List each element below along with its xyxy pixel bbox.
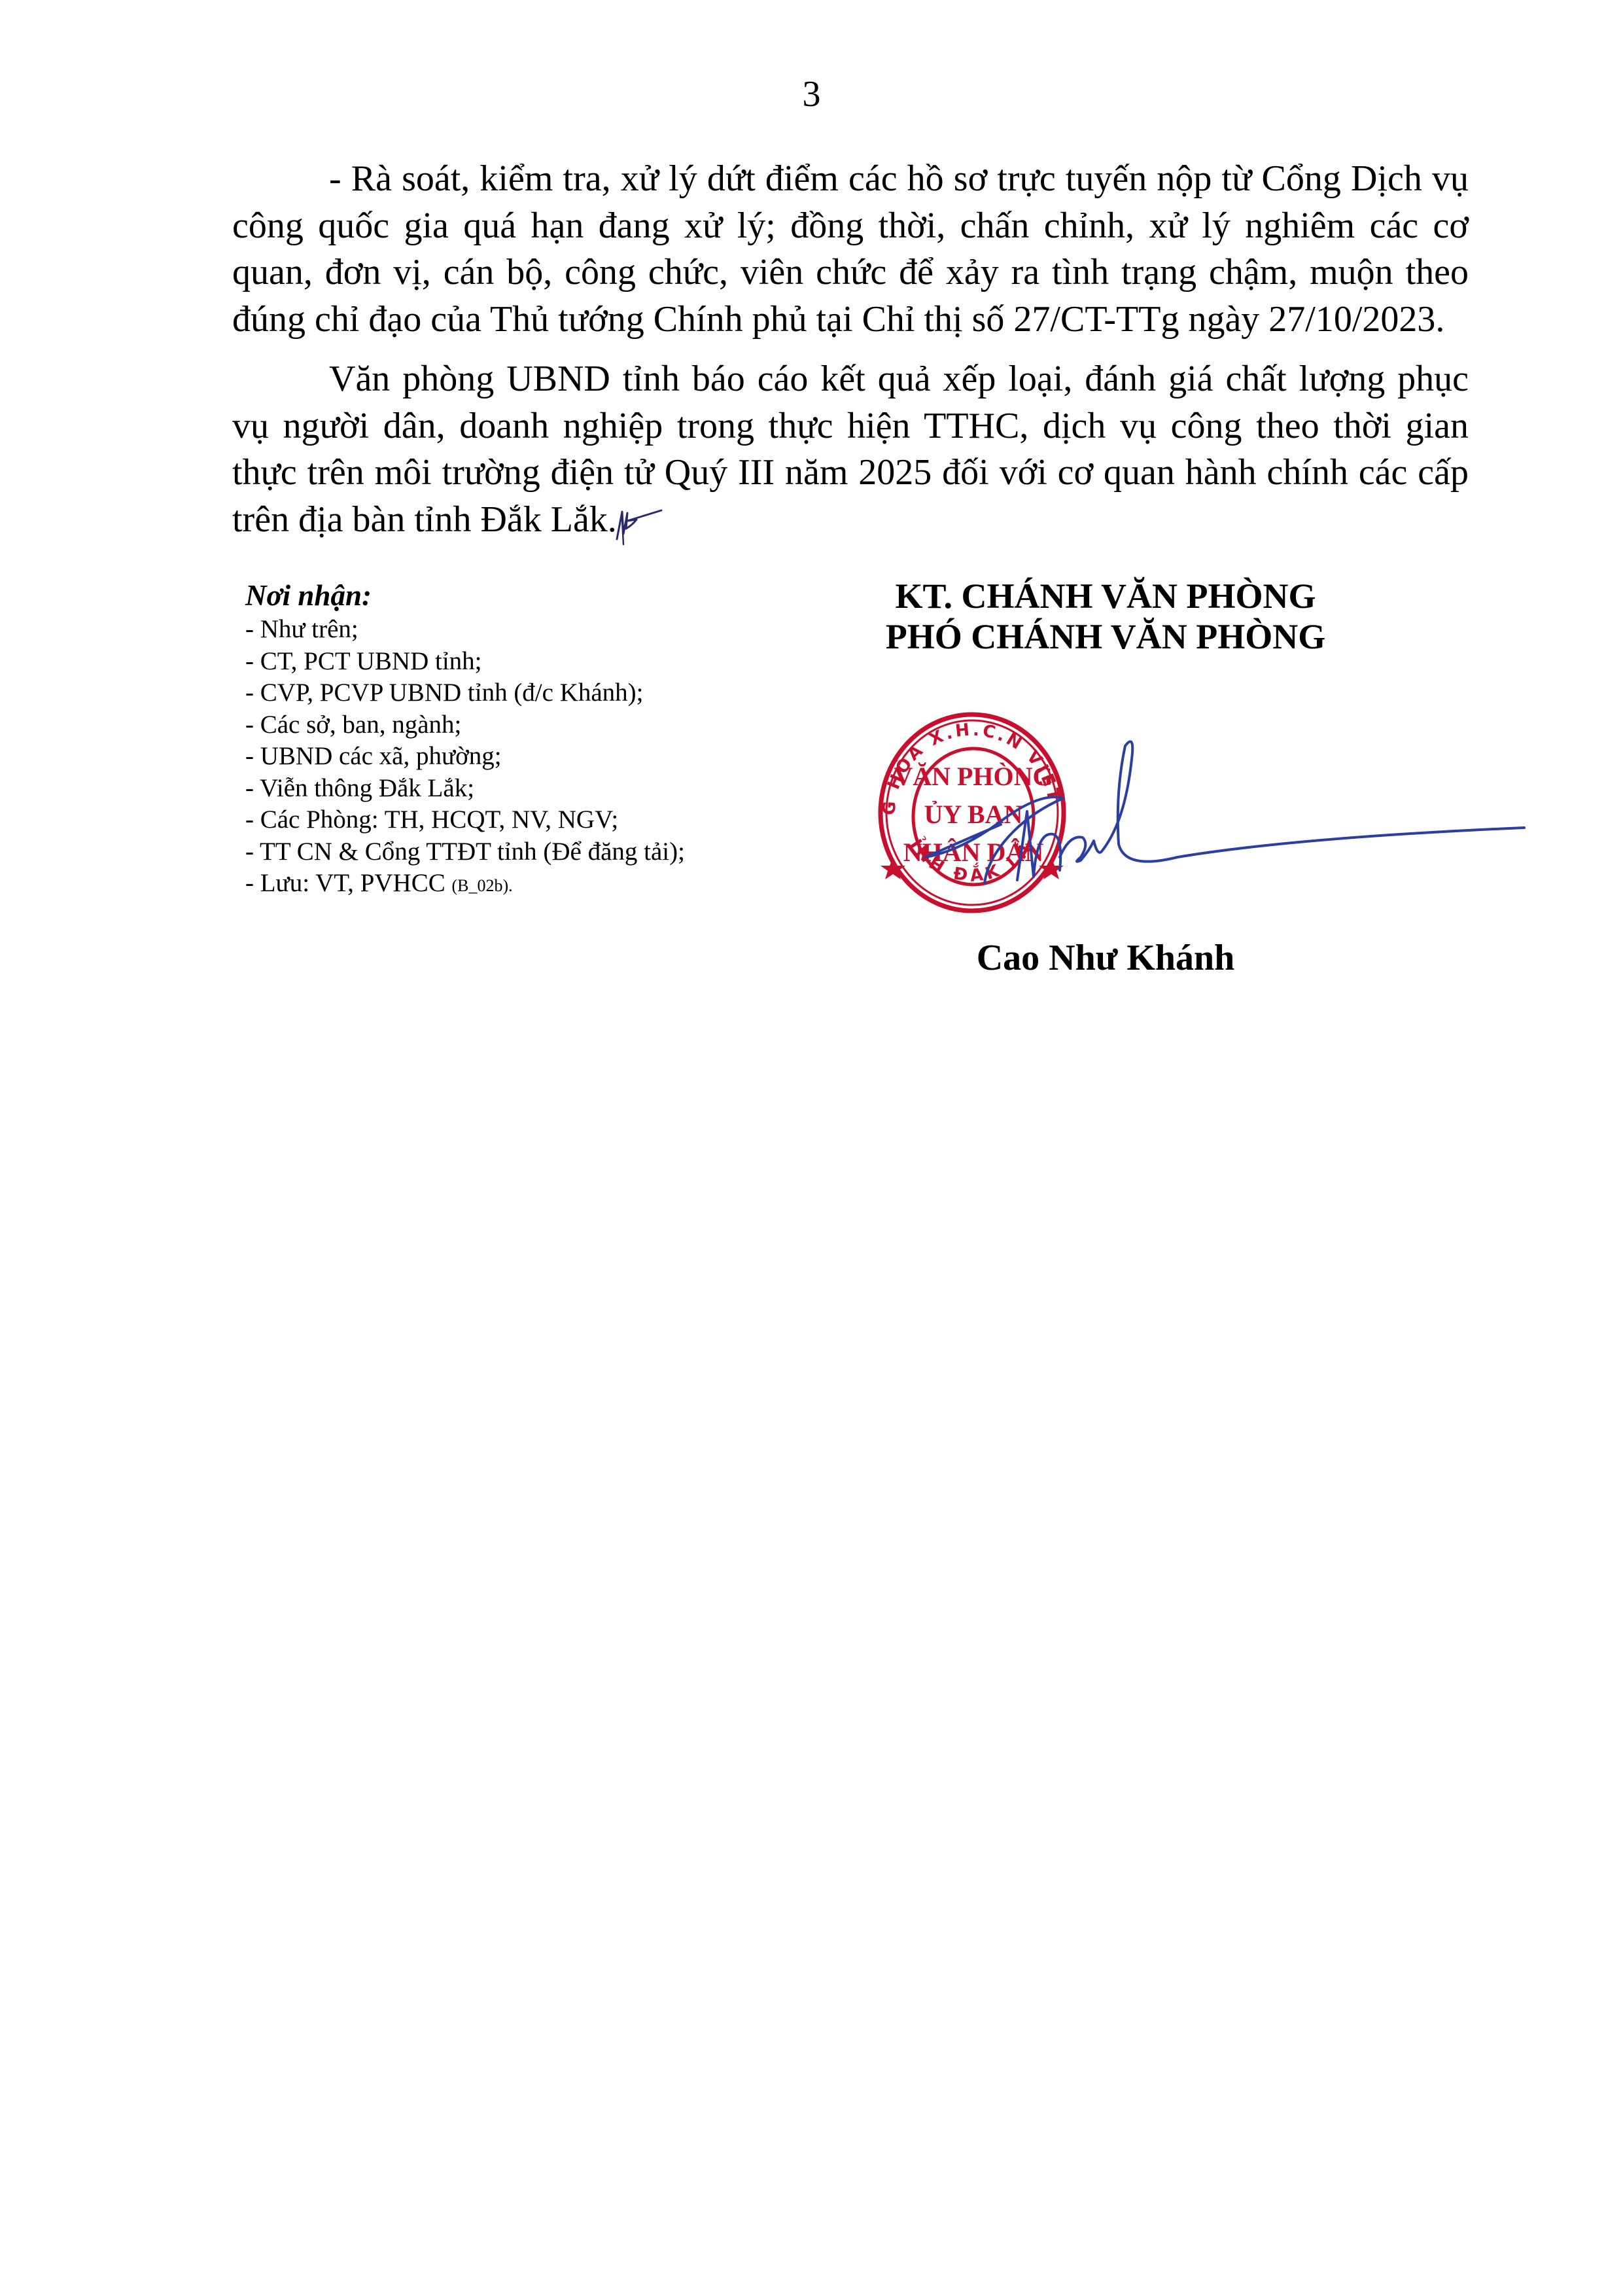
recipient-item: - Như trên; — [245, 614, 808, 646]
recipient-item: - CVP, PCVP UBND tỉnh (đ/c Khánh); — [245, 677, 808, 709]
paragraph-text: Văn phòng UBND tỉnh báo cáo kết quả xếp … — [232, 359, 1469, 540]
stamp-and-signature: CỘNG HÒA X.H.C.N VIỆT NAM TỈNH ĐẮK LẮK V… — [837, 661, 1590, 949]
official-stamp-icon: CỘNG HÒA X.H.C.N VIỆT NAM TỈNH ĐẮK LẮK V… — [837, 661, 1590, 949]
recipient-item: - TT CN & Cổng TTĐT tỉnh (Để đăng tải); — [245, 836, 808, 868]
paragraph-text: - Rà soát, kiểm tra, xử lý dứt điểm các … — [232, 158, 1469, 340]
recipient-item: - Viễn thông Đắk Lắk; — [245, 773, 808, 805]
paragraph-report: Văn phòng UBND tỉnh báo cáo kết quả xếp … — [232, 356, 1469, 546]
recipients-title: Nơi nhận: — [245, 578, 808, 612]
recipient-item: - UBND các xã, phường; — [245, 741, 808, 773]
document-body: - Rà soát, kiểm tra, xử lý dứt điểm các … — [232, 156, 1469, 546]
recipient-item-archive: - Lưu: VT, PVHCC (B_02b). — [245, 868, 808, 902]
recipients-section: Nơi nhận: - Như trên; - CT, PCT UBND tỉn… — [245, 578, 808, 902]
signature-title-line1: KT. CHÁNH VĂN PHÒNG — [837, 576, 1374, 616]
signature-title-line2: PHÓ CHÁNH VĂN PHÒNG — [837, 616, 1374, 657]
recipient-item: - Các sở, ban, ngành; — [245, 709, 808, 741]
recipient-item: - Các Phòng: TH, HCQT, NV, NGV; — [245, 804, 808, 836]
svg-text:VĂN PHÒNG: VĂN PHÒNG — [894, 762, 1053, 791]
signer-name: Cao Như Khánh — [837, 937, 1374, 979]
recipients-list: - Như trên; - CT, PCT UBND tỉnh; - CVP, … — [245, 614, 808, 902]
recipient-item-text: - Lưu: VT, PVHCC — [245, 869, 445, 897]
recipient-item: - CT, PCT UBND tỉnh; — [245, 646, 808, 678]
signature-block: KT. CHÁNH VĂN PHÒNG PHÓ CHÁNH VĂN PHÒNG — [837, 576, 1374, 657]
initials-mark-icon — [613, 500, 665, 546]
archive-code: (B_02b). — [451, 876, 512, 895]
paragraph-directive: - Rà soát, kiểm tra, xử lý dứt điểm các … — [232, 156, 1469, 343]
page-number: 3 — [0, 73, 1623, 115]
stamp-seal: CỘNG HÒA X.H.C.N VIỆT NAM TỈNH ĐẮK LẮK V… — [837, 661, 1064, 911]
svg-text:ỦY BAN: ỦY BAN — [924, 800, 1023, 829]
